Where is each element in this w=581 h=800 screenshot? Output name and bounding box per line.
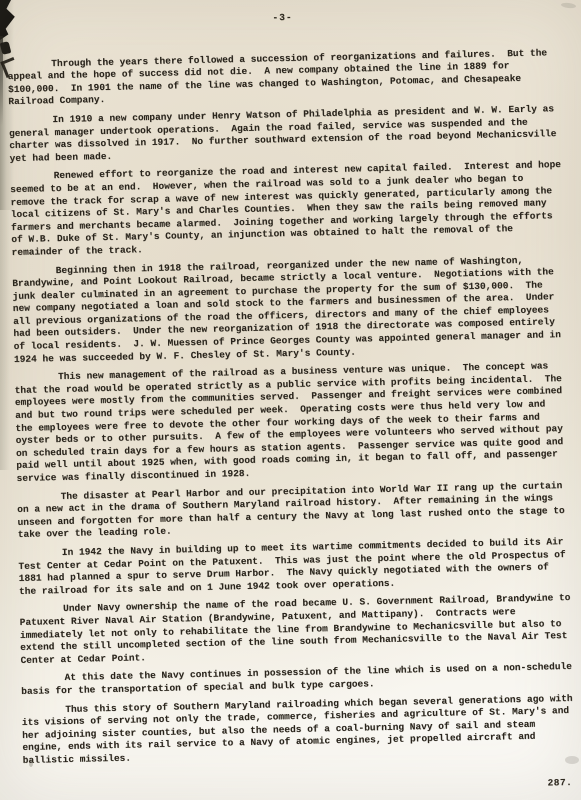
- paragraph-closing-summary: Thus this story of Southern Maryland rai…: [21, 692, 574, 767]
- paragraph-1942-navy-air-test-center: In 1942 the Navy in building up to meet …: [18, 536, 571, 598]
- page-number-header: -3-: [7, 6, 559, 31]
- paragraph-navy-ownership: Under Navy ownership the name of the roa…: [19, 592, 572, 667]
- page-number-footer: 287.: [23, 777, 575, 800]
- paragraph-reorganizations-and-failures: Through the years there followed a succe…: [7, 47, 560, 109]
- book-gutter-shadow-lower: [0, 210, 10, 470]
- paragraph-navy-possession: At this date the Navy continues in posse…: [21, 661, 573, 698]
- scanned-page: -3- Through the years there followed a s…: [0, 0, 581, 800]
- scan-smudge-top-right: [561, 2, 576, 9]
- paragraph-unique-management: This new management of the railroad as a…: [14, 360, 568, 485]
- paragraph-1910-new-company: In 1910 a new company under Henry Watson…: [9, 103, 562, 165]
- body-text: Through the years there followed a succe…: [7, 47, 574, 768]
- paragraph-junk-dealer-injunction: Renewed effort to reorganize the road an…: [10, 159, 564, 259]
- typewritten-text-block: -3- Through the years there followed a s…: [7, 6, 576, 800]
- paragraph-pearl-harbor: The disaster at Pearl Harbor and our pre…: [17, 480, 570, 542]
- paragraph-1918-reorganization: Beginning then in 1918 the railroad, reo…: [12, 254, 566, 367]
